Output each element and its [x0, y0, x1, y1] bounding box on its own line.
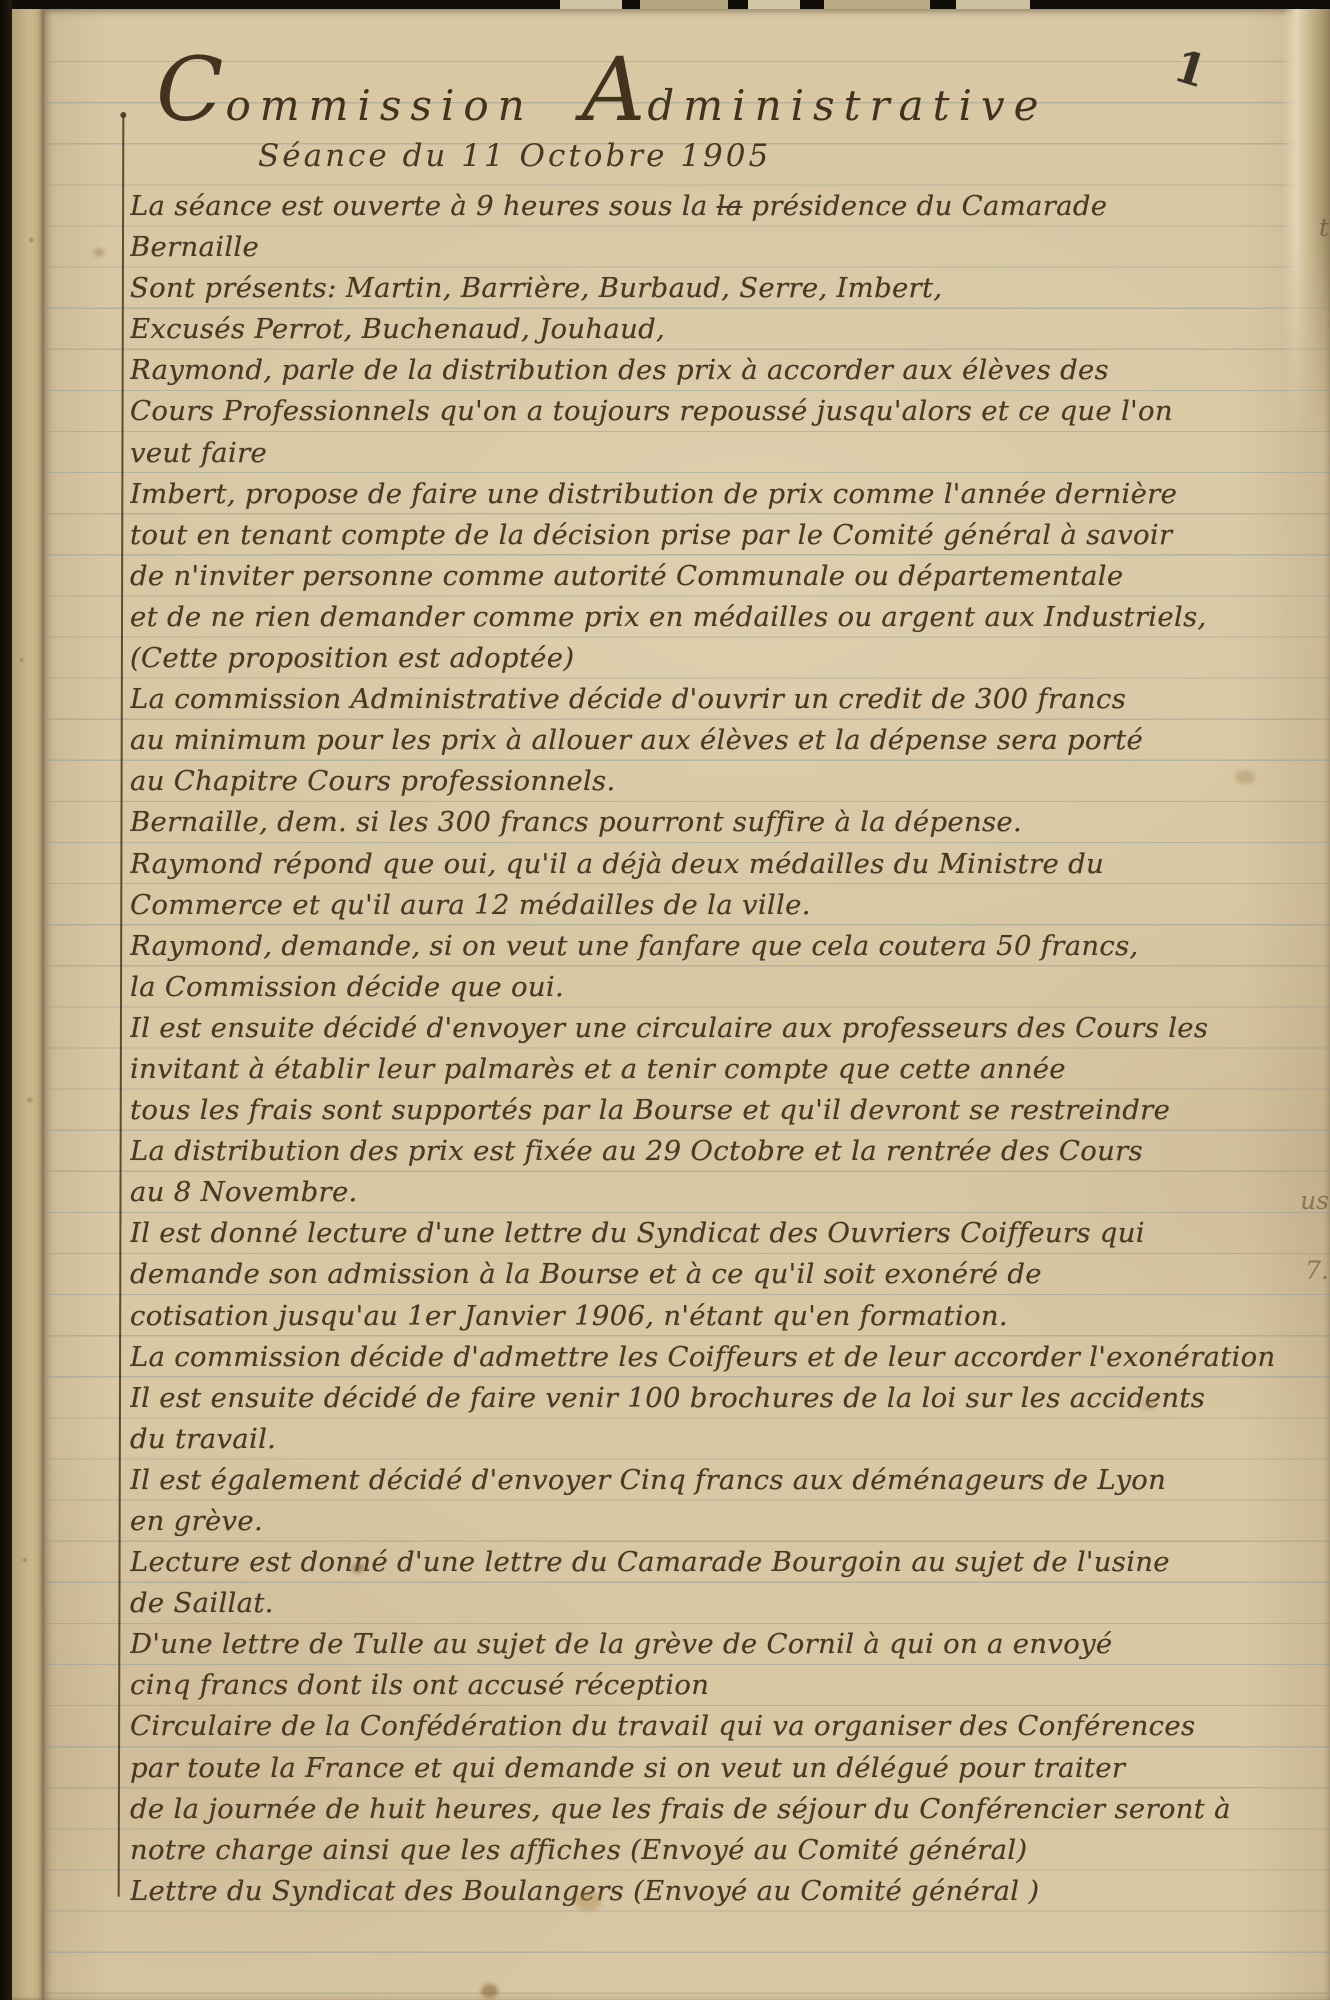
manuscript-line: Bernaille, dem. si les 300 francs pourro… [130, 802, 1326, 843]
age-spot [481, 1984, 498, 1998]
book-edge-top [0, 0, 1330, 9]
session-date: Séance du 11 Octobre 1905 [258, 138, 771, 174]
manuscript-line: de la journée de huit heures, que les fr… [130, 1789, 1326, 1830]
age-spot [1140, 1398, 1158, 1410]
ink-bleed-fragment: t [1319, 213, 1329, 242]
age-spot [94, 248, 104, 257]
manuscript-line: et de ne rien demander comme prix en méd… [130, 597, 1326, 638]
title-word-administrative: Administrative [582, 46, 1048, 134]
page-edge-fragment [748, 0, 800, 9]
manuscript-line: Raymond répond que oui, qu'il a déjà deu… [130, 844, 1326, 885]
manuscript-line: Il est donné lecture d'une lettre du Syn… [130, 1213, 1326, 1254]
manuscript-paper: 1 Commission Administrative Séance du 11… [44, 8, 1330, 2000]
page-edge-fragment [560, 0, 622, 9]
scanned-manuscript-page: 1 Commission Administrative Séance du 11… [0, 0, 1330, 2000]
page-title: Commission Administrative [156, 46, 1048, 134]
manuscript-text: La séance est ouverte à 9 heures sous la… [130, 186, 1326, 2000]
age-spot [352, 1563, 364, 1573]
manuscript-line: veut faire [130, 433, 1326, 474]
manuscript-line: Il est ensuite décidé d'envoyer une circ… [130, 1008, 1326, 1049]
page-edge-fragment [640, 0, 728, 9]
manuscript-line: tous les frais sont supportés par la Bou… [130, 1090, 1326, 1131]
manuscript-line: tout en tenant compte de la décision pri… [130, 515, 1326, 556]
manuscript-line: Sont présents: Martin, Barrière, Burbaud… [130, 268, 1326, 309]
manuscript-line: Raymond, parle de la distribution des pr… [130, 350, 1326, 391]
manuscript-line: demande son admission à la Bourse et à c… [130, 1254, 1326, 1295]
page-edge-fragment [956, 0, 1030, 9]
manuscript-line: Excusés Perrot, Buchenaud, Jouhaud, [130, 309, 1326, 350]
age-spot [575, 1891, 601, 1911]
manuscript-line: D'une lettre de Tulle au sujet de la grè… [130, 1624, 1326, 1665]
manuscript-line: par toute la France et qui demande si on… [130, 1748, 1326, 1789]
manuscript-line: au 8 Novembre. [130, 1172, 1326, 1213]
manuscript-line: de n'inviter personne comme autorité Com… [130, 556, 1326, 597]
manuscript-line: Il est également décidé d'envoyer Cinq f… [130, 1460, 1326, 1501]
manuscript-line: Imbert, propose de faire une distributio… [130, 474, 1326, 515]
manuscript-line: La commission Administrative décide d'ou… [130, 679, 1326, 720]
age-spot [1235, 770, 1255, 784]
manuscript-line: au Chapitre Cours professionnels. [130, 761, 1326, 802]
under-page-edge [12, 0, 44, 2000]
manuscript-line: Cours Professionnels qu'on a toujours re… [130, 391, 1326, 432]
manuscript-line: Lettre du Syndicat des Boulangers (Envoy… [130, 1871, 1326, 1912]
manuscript-line: de Saillat. [130, 1583, 1326, 1624]
book-spine-edge [0, 0, 12, 2000]
manuscript-line: Circulaire de la Confédération du travai… [130, 1706, 1326, 1747]
manuscript-line: Raymond, demande, si on veut une fanfare… [130, 926, 1326, 967]
manuscript-line: la Commission décide que oui. [130, 967, 1326, 1008]
manuscript-line: notre charge ainsi que les affiches (Env… [130, 1830, 1326, 1871]
manuscript-line: La séance est ouverte à 9 heures sous la… [130, 186, 1326, 227]
ink-bleed-fragment: us [1300, 1186, 1329, 1215]
manuscript-line: La distribution des prix est fixée au 29… [130, 1131, 1326, 1172]
manuscript-line: La commission décide d'admettre les Coif… [130, 1337, 1326, 1378]
manuscript-line: invitant à établir leur palmarès et a te… [130, 1049, 1326, 1090]
ink-bleed-fragment: 7. [1305, 1256, 1329, 1285]
manuscript-line: cinq francs dont ils ont accusé réceptio… [130, 1665, 1326, 1706]
manuscript-line: Commerce et qu'il aura 12 médailles de l… [130, 885, 1326, 926]
manuscript-line: Lecture est donné d'une lettre du Camara… [130, 1542, 1326, 1583]
manuscript-line: au minimum pour les prix à allouer aux é… [130, 720, 1326, 761]
page-edge-fragment [824, 0, 930, 9]
title-word-commission: Commission [156, 46, 534, 134]
manuscript-line: en grève. [130, 1501, 1326, 1542]
manuscript-line: cotisation jusqu'au 1er Janvier 1906, n'… [130, 1296, 1326, 1337]
manuscript-line: (Cette proposition est adoptée) [130, 638, 1326, 679]
manuscript-line: du travail. [130, 1419, 1326, 1460]
manuscript-line: Bernaille [130, 227, 1326, 268]
